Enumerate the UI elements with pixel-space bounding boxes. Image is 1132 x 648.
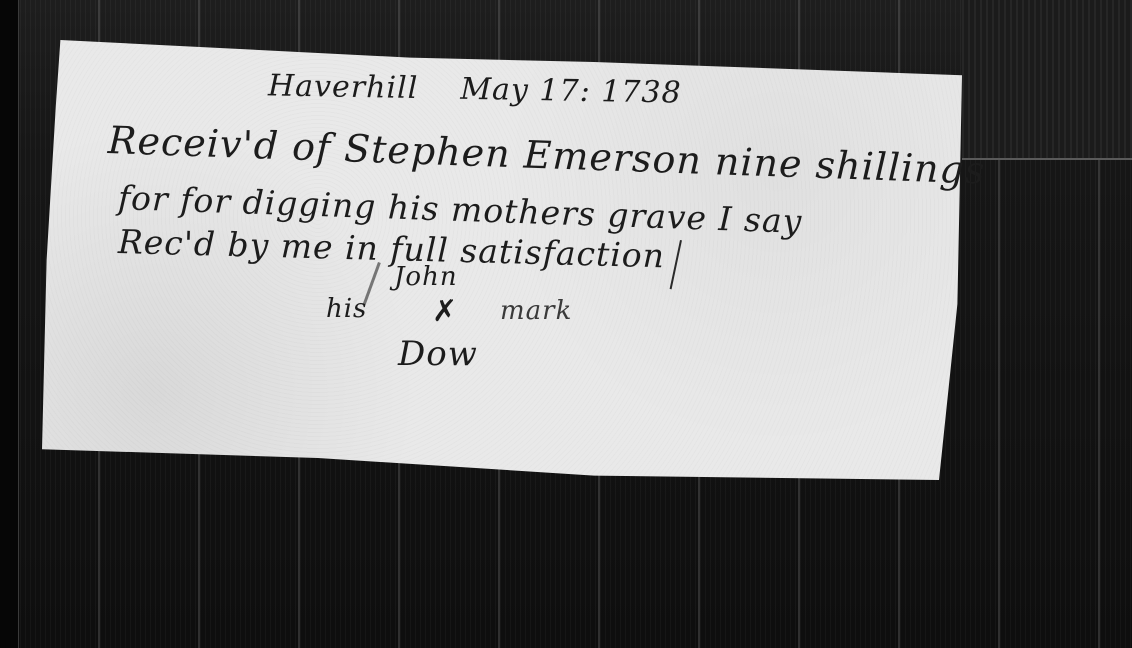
receipt-header: Haverhill May 17: 1738 xyxy=(268,68,682,110)
signature-mark-label: mark xyxy=(500,296,572,326)
scan-upper-right-panel xyxy=(962,0,1132,160)
scan-left-edge xyxy=(0,0,19,648)
receipt-place: Haverhill xyxy=(268,68,419,106)
signature-first-name: John xyxy=(394,262,458,292)
signature-prefix: his xyxy=(326,294,367,324)
signature-mark-x-icon: ✗ xyxy=(432,294,458,329)
receipt-date: May 17: 1738 xyxy=(460,72,682,111)
signature-last-name: Dow xyxy=(398,334,478,374)
